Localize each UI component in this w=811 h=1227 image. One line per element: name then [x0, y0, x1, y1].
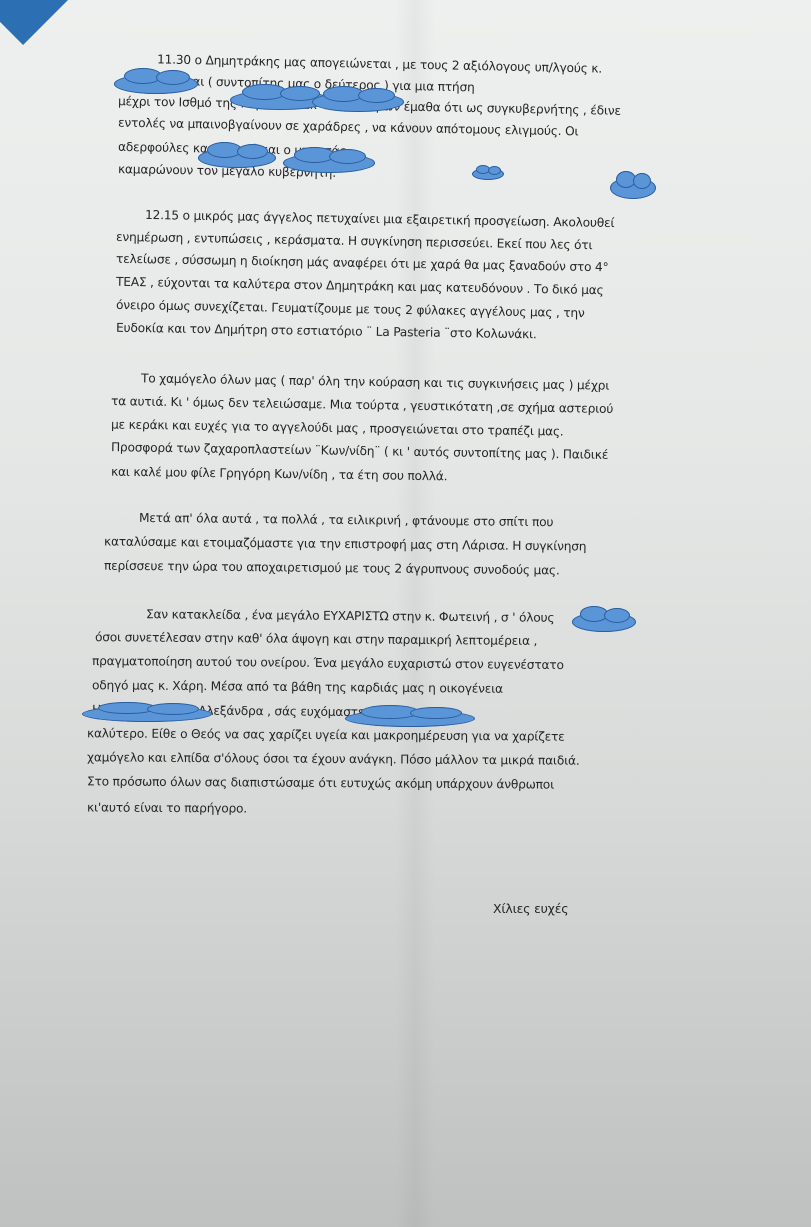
text-line: οδηγό μας κ. Χάρη. Μέσα από τα βάθη της … [92, 677, 503, 697]
redaction-cloud [114, 74, 198, 94]
text-line: καταλύσαμε και ετοιμαζόμαστε για την επι… [104, 533, 587, 554]
text-line: όσοι συνετέλεσαν στην καθ' όλα άψογη και… [95, 629, 537, 649]
text-line: κι'αυτό είναι το παρήγορο. [87, 799, 247, 816]
redaction-cloud [198, 148, 276, 168]
letter-page: 11.30 ο Δημητράκης μας απογειώνεται , με… [0, 0, 811, 1227]
text-line: πραγματοποίηση αυτού του ονείρου. Ένα με… [92, 653, 564, 673]
redaction-cloud [82, 706, 212, 722]
text-line: Στο πρόσωπο όλων σας διαπιστώσαμε ότι ευ… [87, 773, 554, 792]
text-line: Ευδοκία και τον Δημήτρη στο εστιατόριο ¨… [116, 320, 537, 343]
redaction-cloud [610, 177, 656, 199]
text-line: όνειρο όμως συνεχίζεται. Γευματίζουμε με… [116, 297, 585, 321]
text-line: 12.15 ο μικρός μας άγγελος πετυχαίνει μι… [145, 207, 615, 231]
redaction-cloud [312, 92, 404, 112]
text-line: Μετά απ' όλα αυτά , τα πολλά , τα ειλικρ… [139, 510, 553, 530]
text-line: Το χαμόγελο όλων μας ( παρ' όλη την κούρ… [141, 370, 609, 393]
text-line: Σαν κατακλείδα , ένα μεγάλο ΕΥΧΑΡΙΣΤΩ στ… [146, 606, 554, 626]
text-line: και καλέ μου φίλε Γρηγόρη Κων/νίδη , τα … [111, 464, 448, 485]
text-line: τελείωσε , σύσσωμη η διοίκηση μάς αναφέρ… [116, 251, 609, 276]
text-line: περίσσευε την ώρα του αποχαιρετισμού με … [104, 558, 560, 579]
text-line: ΤΕΑΣ , εύχονται τα καλύτερα στον Δημητρά… [116, 274, 604, 299]
text-line: 11.30 ο Δημητράκης μας απογειώνεται , με… [157, 51, 602, 76]
text-line: Προσφορά των ζαχαροπλαστείων ¨Κων/νίδη¨ … [111, 439, 608, 463]
text-line: εντολές να μπαινοβγαίνουν σε χαράδρες , … [118, 115, 579, 140]
redaction-cloud [283, 153, 375, 173]
redaction-cloud [345, 710, 475, 727]
text-line: καλύτερο. Είθε ο Θεός να σας χαρίζει υγε… [87, 725, 565, 744]
redaction-cloud [572, 612, 636, 632]
text-line: ενημέρωση , εντυπώσεις , κεράσματα. Η συ… [116, 229, 593, 253]
signoff-text: Χίλιες ευχές [493, 901, 568, 917]
text-line: με κεράκι και ευχές για το αγγελούδι μας… [111, 416, 564, 439]
redaction-cloud [472, 168, 504, 180]
text-line: χαμόγελο και ελπίδα σ'όλους όσοι τα έχου… [87, 749, 580, 768]
text-line: τα αυτιά. Κι ' όμως δεν τελειώσαμε. Μια … [111, 393, 613, 417]
